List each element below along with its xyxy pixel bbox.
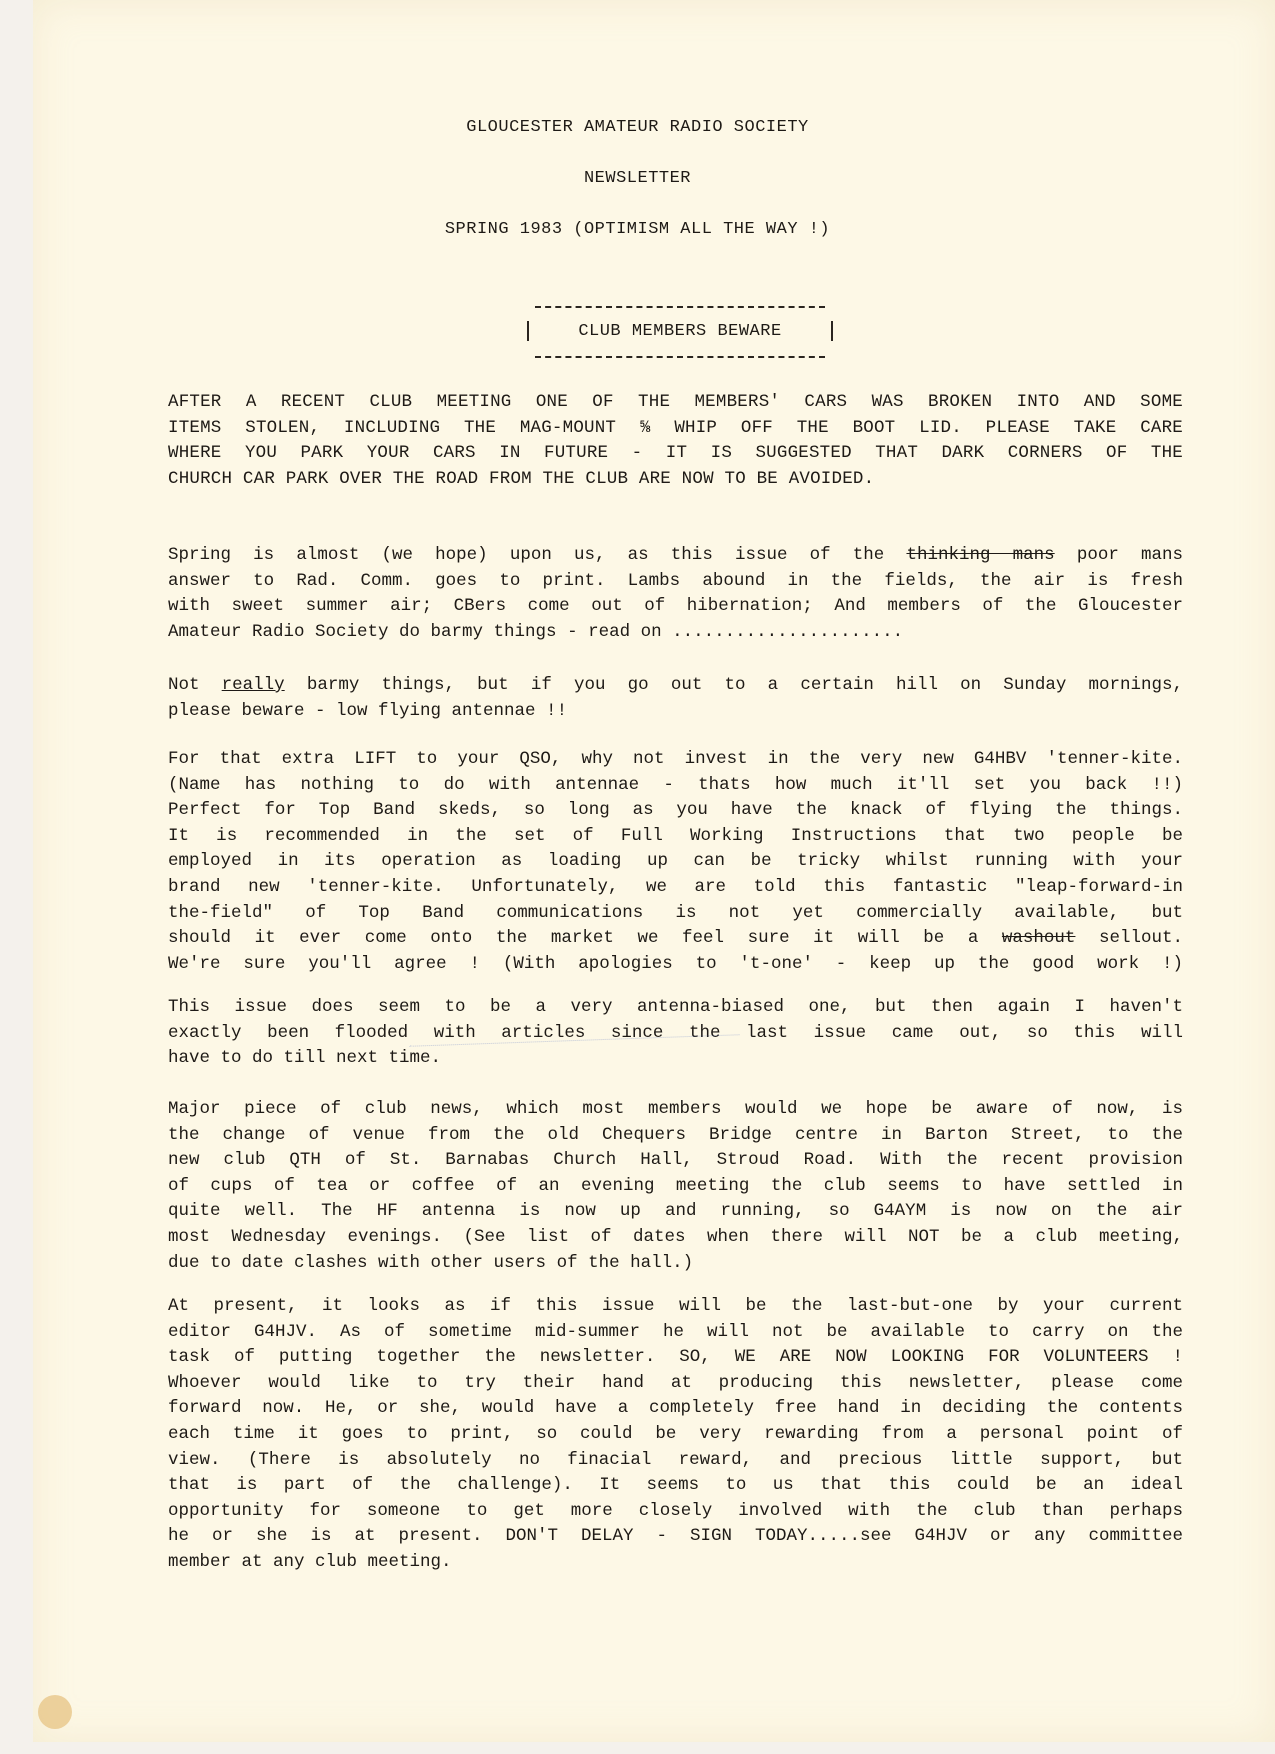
tenner-kite-paragraph: For that extra LIFT to your QSO, why not…	[168, 747, 1183, 977]
para-line: brand new 'tenner-kite. Unfortunately, w…	[168, 875, 1183, 901]
text: poor mans	[1055, 545, 1183, 565]
volunteers-paragraph: At present, it looks as if this issue wi…	[168, 1294, 1183, 1576]
para-line: forward now. He, or she, would have a co…	[168, 1396, 1183, 1422]
club-news-paragraph: Major piece of club news, which most mem…	[168, 1097, 1183, 1276]
para-line: opportunity for someone to get more clos…	[168, 1499, 1183, 1525]
text: barmy things, but if you go out to a cer…	[285, 675, 1183, 695]
para-line: Spring is almost (we hope) upon us, as t…	[168, 543, 1183, 569]
text: Not	[168, 675, 222, 695]
society-title: GLOUCESTER AMATEUR RADIO SOCIETY	[0, 118, 1275, 137]
antenna-biased-paragraph: This issue does seem to be a very antenn…	[168, 995, 1183, 1072]
para-line: Whoever would like to try their hand at …	[168, 1371, 1183, 1397]
para-line: the change of venue from the old Chequer…	[168, 1123, 1183, 1149]
notice-box: CLUB MEMBERS BEWARE	[535, 306, 825, 356]
para-line: At present, it looks as if this issue wi…	[168, 1294, 1183, 1320]
para-line: We're sure you'll agree ! (With apologie…	[168, 952, 1183, 978]
warning-line: WHERE YOU PARK YOUR CARS IN FUTURE - IT …	[168, 441, 1183, 467]
para-line: most Wednesday evenings. (See list of da…	[168, 1225, 1183, 1251]
underlined-text: really	[222, 675, 285, 695]
para-line: member at any club meeting.	[168, 1550, 1183, 1576]
paper-stain	[38, 1695, 72, 1729]
para-line: It is recommended in the set of Full Wor…	[168, 824, 1183, 850]
para-line: This issue does seem to be a very antenn…	[168, 995, 1183, 1021]
para-line: Not really barmy things, but if you go o…	[168, 673, 1183, 699]
issue-title: SPRING 1983 (OPTIMISM ALL THE WAY !)	[0, 220, 1275, 239]
not-really-paragraph: Not really barmy things, but if you go o…	[168, 673, 1183, 724]
para-line: (Name has nothing to do with antennae - …	[168, 773, 1183, 799]
box-right-rule	[831, 321, 833, 341]
para-line: Amateur Radio Society do barmy things - …	[168, 620, 1183, 646]
para-line: that is part of the challenge). It seems…	[168, 1473, 1183, 1499]
para-line: each time it goes to print, so could be …	[168, 1422, 1183, 1448]
text: sellout.	[1075, 928, 1183, 948]
warning-line: AFTER A RECENT CLUB MEETING ONE OF THE M…	[168, 390, 1183, 416]
warning-line: ITEMS STOLEN, INCLUDING THE MAG-MOUNT ⅝ …	[168, 416, 1183, 442]
struck-text: washout	[1002, 928, 1076, 948]
notice-title: CLUB MEMBERS BEWARE	[535, 322, 825, 341]
para-line: task of putting together the newsletter.…	[168, 1345, 1183, 1371]
para-line: of cups of tea or coffee of an evening m…	[168, 1174, 1183, 1200]
para-line: with sweet summer air; CBers come out of…	[168, 594, 1183, 620]
para-line: For that extra LIFT to your QSO, why not…	[168, 747, 1183, 773]
para-line: view. (There is absolutely no finacial r…	[168, 1448, 1183, 1474]
box-top-rule	[535, 306, 825, 308]
para-line: new club QTH of St. Barnabas Church Hall…	[168, 1148, 1183, 1174]
warning-line: CHURCH CAR PARK OVER THE ROAD FROM THE C…	[168, 467, 1183, 493]
text: should it ever come onto the market we f…	[168, 928, 1002, 948]
para-line: Major piece of club news, which most mem…	[168, 1097, 1183, 1123]
para-line: Perfect for Top Band skeds, so long as y…	[168, 798, 1183, 824]
para-line: the-field" of Top Band communications is…	[168, 901, 1183, 927]
box-bottom-rule	[535, 356, 825, 358]
struck-text: thinking mans	[906, 545, 1054, 565]
para-line: quite well. The HF antenna is now up and…	[168, 1199, 1183, 1225]
spring-paragraph: Spring is almost (we hope) upon us, as t…	[168, 543, 1183, 645]
para-line: please beware - low flying antennae !!	[168, 699, 1183, 725]
para-line: employed in its operation as loading up …	[168, 849, 1183, 875]
para-line: he or she is at present. DON'T DELAY - S…	[168, 1524, 1183, 1550]
text: Spring is almost (we hope) upon us, as t…	[168, 545, 906, 565]
car-theft-warning: AFTER A RECENT CLUB MEETING ONE OF THE M…	[168, 390, 1183, 492]
newsletter-title: NEWSLETTER	[0, 169, 1275, 188]
para-line: editor G4HJV. As of sometime mid-summer …	[168, 1320, 1183, 1346]
box-left-rule	[527, 321, 529, 341]
para-line: answer to Rad. Comm. goes to print. Lamb…	[168, 569, 1183, 595]
para-line: due to date clashes with other users of …	[168, 1251, 1183, 1277]
para-line: should it ever come onto the market we f…	[168, 926, 1183, 952]
